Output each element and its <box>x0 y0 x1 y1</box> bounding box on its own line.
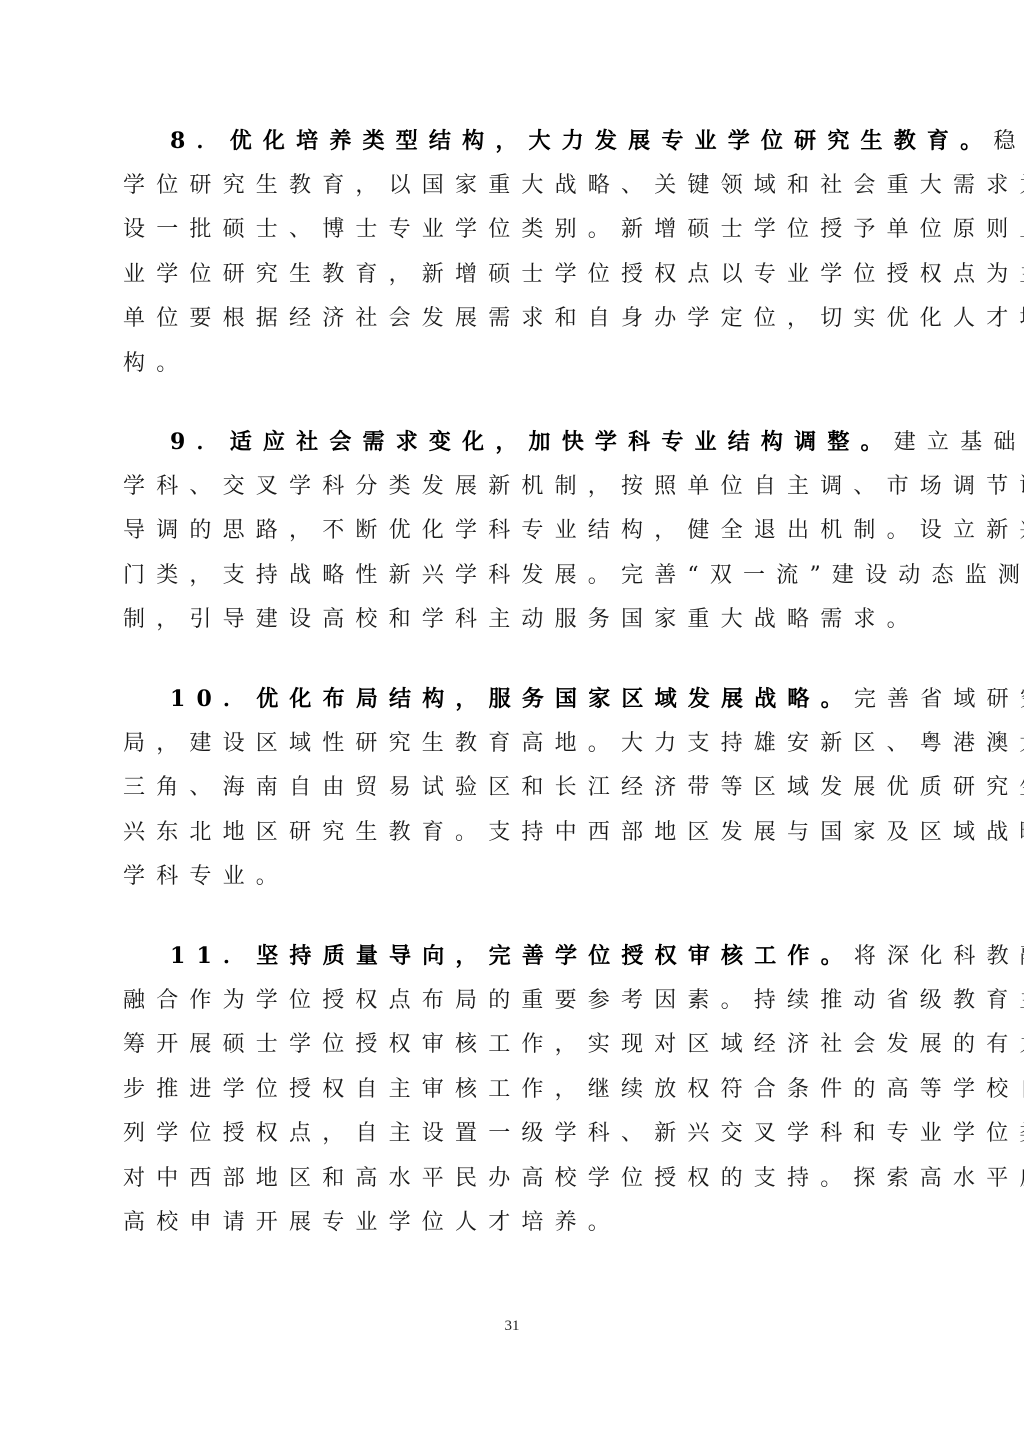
body-line: 筹开展硕士学位授权审核工作，实现对区域经济社会发展的有力支撑。稳 <box>123 1023 923 1068</box>
section-8: 8．优化培养类型结构，大力发展专业学位研究生教育。稳步发展学术 学位研究生教育，… <box>123 119 923 386</box>
body-line: 对中西部地区和高水平民办高校学位授权的支持。探索高水平应用型本科 <box>123 1157 923 1202</box>
body-line: 学科专业。 <box>123 855 923 900</box>
section-11: 11．坚持质量导向，完善学位授权审核工作。将深化科教融合、产教 融合作为学位授权… <box>123 934 923 1246</box>
body-line: 学位研究生教育，以国家重大战略、关键领域和社会重大需求为重点，增 <box>123 164 923 209</box>
body-line: 兴东北地区研究生教育。支持中西部地区发展与国家及区域战略相匹配的 <box>123 811 923 856</box>
section-first-line: 9．适应社会需求变化，加快学科专业结构调整。建立基础学科、应用 <box>123 420 923 465</box>
section-first-line: 10．优化布局结构，服务国家区域发展战略。完善省域研究生教育布 <box>123 677 923 722</box>
body-line: 设一批硕士、博士专业学位类别。新增硕士学位授予单位原则上只开展专 <box>123 208 923 253</box>
body-line: 制，引导建设高校和学科主动服务国家重大战略需求。 <box>123 598 923 643</box>
body-line: 列学位授权点，自主设置一级学科、新兴交叉学科和专业学位类别。加强 <box>123 1112 923 1157</box>
section-heading: 优化培养类型结构，大力发展专业学位研究生教育。 <box>230 128 994 154</box>
body-line: 高校申请开展专业学位人才培养。 <box>123 1201 923 1246</box>
body-line: 导调的思路，不断优化学科专业结构，健全退出机制。设立新兴交叉学科 <box>123 509 923 554</box>
section-heading: 坚持质量导向，完善学位授权审核工作。 <box>256 943 854 969</box>
body-line: 业学位研究生教育，新增硕士学位授权点以专业学位授权点为主。各培养 <box>123 253 923 298</box>
body-text: 完善省域研究生教育布 <box>854 687 1024 712</box>
document-page: 8．优化培养类型结构，大力发展专业学位研究生教育。稳步发展学术 学位研究生教育，… <box>0 0 1024 1446</box>
section-10: 10．优化布局结构，服务国家区域发展战略。完善省域研究生教育布 局，建设区域性研… <box>123 677 923 900</box>
body-line: 三角、海南自由贸易试验区和长江经济带等区域发展优质研究生教育，振 <box>123 766 923 811</box>
body-line: 融合作为学位授权点布局的重要参考因素。持续推动省级教育主管部门统 <box>123 979 923 1024</box>
section-first-line: 8．优化培养类型结构，大力发展专业学位研究生教育。稳步发展学术 <box>123 119 923 164</box>
section-number: 8． <box>170 128 230 154</box>
body-line: 局，建设区域性研究生教育高地。大力支持雄安新区、粤港澳大湾区、长 <box>123 722 923 767</box>
page-number: 31 <box>0 1318 1024 1335</box>
body-line: 单位要根据经济社会发展需求和自身办学定位，切实优化人才培养类型结 <box>123 297 923 342</box>
body-text: 建立基础学科、应用 <box>894 430 1024 455</box>
section-number: 11． <box>170 943 256 969</box>
body-line: 构。 <box>123 342 923 387</box>
section-first-line: 11．坚持质量导向，完善学位授权审核工作。将深化科教融合、产教 <box>123 934 923 979</box>
body-line: 门类，支持战略性新兴学科发展。完善“双一流”建设动态监测与调整机 <box>123 554 923 599</box>
section-heading: 适应社会需求变化，加快学科专业结构调整。 <box>230 429 894 455</box>
body-line: 步推进学位授权自主审核工作，继续放权符合条件的高等学校自主审核增 <box>123 1068 923 1113</box>
body-text: 将深化科教融合、产教 <box>854 944 1024 969</box>
section-9: 9．适应社会需求变化，加快学科专业结构调整。建立基础学科、应用 学科、交叉学科分… <box>123 420 923 643</box>
body-line: 学科、交叉学科分类发展新机制，按照单位自主调、市场调节调、国家引 <box>123 465 923 510</box>
section-number: 9． <box>170 429 230 455</box>
section-number: 10． <box>170 686 256 712</box>
body-text: 稳步发展学术 <box>993 129 1024 154</box>
section-heading: 优化布局结构，服务国家区域发展战略。 <box>256 686 854 712</box>
